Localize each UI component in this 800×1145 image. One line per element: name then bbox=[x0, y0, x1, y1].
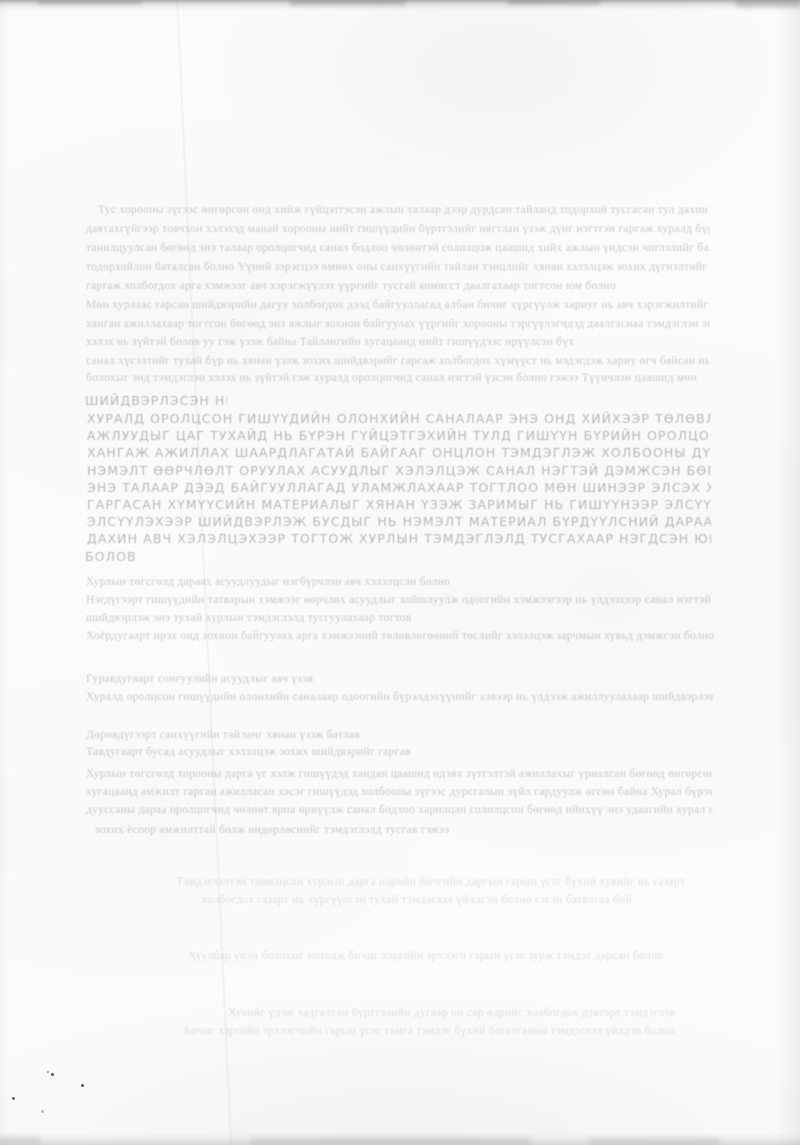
faded-caps-line: ХУРАЛД ОРОЛЦСОН ГИШҮҮДИЙН ОЛОНХИЙН САНАЛ… bbox=[87, 411, 711, 427]
bottom-edge-dark-patch bbox=[590, 1138, 720, 1145]
faded-text-line: Гуравдугаарт сонгуулийн асуудлыг авч үзэ… bbox=[86, 673, 341, 688]
faded-text-line: шийдвэрлэж энэ тухай хурлын тэмдэглэлд т… bbox=[86, 612, 456, 627]
faded-footer-line: Хувийг үдэж хадгалсан бүртгэлийн дугаар … bbox=[228, 1007, 716, 1022]
faded-text-line: ханган ажиллахаар тогтсон бөгөөд энэ ажл… bbox=[86, 318, 709, 333]
faded-text-line: давтахгүйгээр товчхон хэлэхэд манай хоро… bbox=[86, 223, 709, 238]
faded-caps-line: ХАНГАЖ АЖИЛЛАХ ШААРДЛАГАТАЙ БАЙГААГ ОНЦЛ… bbox=[87, 445, 711, 461]
ink-speck bbox=[51, 1073, 54, 1076]
faded-text-line: болохыг энд тэмдэглэн хэлэх нь зүйтэй гэ… bbox=[86, 372, 709, 387]
faded-caps-line: ДАХИН АВЧ ХЭЛЭЛЦЭХЭЭР ТОГТОЖ ХУРЛЫН ТЭМД… bbox=[87, 531, 711, 547]
faded-section-heading: ШИЙДВЭРЛЭСЭН НЬ bbox=[85, 393, 227, 409]
faded-text-line: зохих ёсоор амжилттай болж өндөрлөснийг … bbox=[95, 824, 617, 839]
faded-text-line: хугацаанд амжилт гарган ажилласан хэсэг … bbox=[86, 786, 713, 801]
faded-footer-line: Бичиг хэргийн эрхлэгчийн гарын үсэг тамг… bbox=[184, 1025, 718, 1040]
faded-text-line: Хуралд оролцсон гишүүдийн олонхийн санал… bbox=[86, 691, 713, 706]
faded-text-line: гаргаж холбогдох арга хэмжээг авч хэрэгж… bbox=[86, 280, 684, 295]
top-edge-dark-patch bbox=[508, 0, 600, 5]
faded-text-line: Хурлын төгсгөлд хорооны дарга үг хэлж ги… bbox=[86, 768, 713, 783]
faded-text-line: дууссаны дараа оролцогчид чөлөөт яриа өр… bbox=[86, 804, 713, 819]
faded-text-line: тодорхойлон баталсан болно Үүний зэрэгцэ… bbox=[86, 261, 709, 276]
paper-crease-line bbox=[176, 0, 232, 1145]
faded-text-line: Хурлын төгсгөлд дараах асуудлуудыг нэгбү… bbox=[86, 576, 556, 591]
top-edge-dark-patch bbox=[290, 0, 405, 6]
faded-caps-line: НЭМЭЛТ ӨӨРЧЛӨЛТ ОРУУЛАХ АСУУДЛЫГ ХЭЛЭЛЦЭ… bbox=[87, 463, 711, 479]
faded-attestation-line: Тэмдэглэлтэй танилцсан хурлын дарга нари… bbox=[176, 876, 712, 891]
faded-text-line: Тус хорооны зүгээс өнгөрсөн онд хийж гүй… bbox=[98, 204, 707, 219]
left-edge-scan-shading bbox=[0, 0, 10, 1145]
right-edge-scan-shading bbox=[776, 0, 800, 1145]
faded-caps-line: БОЛОВ bbox=[85, 549, 143, 565]
faded-text-line: Мөн хурлаас гарсан шийдвэрийн дагуу холб… bbox=[86, 299, 709, 314]
bottom-edge-dark-patch bbox=[250, 1137, 530, 1145]
faded-text-line: санал хүсэлтийг тухай бүр нь хянан үзэж … bbox=[86, 355, 709, 370]
faded-text-line: танилцуулсан бөгөөд энэ талаар оролцогчи… bbox=[86, 242, 709, 257]
faded-caps-line: ЭЛСҮҮЛЭХЭЭР ШИЙДВЭРЛЭЖ БУСДЫГ НЬ НЭМЭЛТ … bbox=[87, 514, 711, 530]
faded-text-line: Дөрөвдүгээрт санхүүгийн тайланг хянан үз… bbox=[86, 729, 438, 744]
faded-text-line: Нэгдүгээрт гишүүдийн татварын хэмжээг өө… bbox=[86, 594, 713, 609]
scanned-document-page: Тус хорооны зүгээс өнгөрсөн онд хийж гүй… bbox=[0, 0, 800, 1145]
faded-caps-line: ЭНЭ ТАЛААР ДЭЭД БАЙГУУЛЛАГАД УЛАМЖЛАХААР… bbox=[87, 480, 711, 496]
faded-stamp-line: Хуулбар үнэн болохыг нотолж бичиг хэргий… bbox=[188, 950, 712, 965]
ink-speck bbox=[81, 1084, 84, 1087]
faded-text-line: Хоёрдугаарт ирэх онд зохион байгуулах ар… bbox=[86, 630, 716, 645]
top-edge-dark-patch bbox=[38, 0, 142, 5]
faded-caps-line: АЖЛУУДЫГ ЦАГ ТУХАЙД НЬ БҮРЭН ГҮЙЦЭТГЭХИЙ… bbox=[87, 428, 711, 444]
faded-text-line: Тавдугаарт бусад асуудлыг хэлэлцэж зохих… bbox=[86, 746, 526, 761]
faded-attestation-line: холбогдох газарт нь хүргүүлсэн тухай тэм… bbox=[202, 894, 712, 909]
ink-speck bbox=[41, 1110, 44, 1113]
ink-speck bbox=[47, 1071, 49, 1073]
faded-caps-line: ГАРГАСАН ХҮМҮҮСИЙН МАТЕРИАЛЫГ ХЯНАН ҮЗЭЖ… bbox=[87, 497, 711, 513]
faded-text-line: хэлэх нь зүйтэй болов уу гэж үзэж байна … bbox=[86, 336, 646, 351]
ink-speck bbox=[12, 1097, 15, 1100]
